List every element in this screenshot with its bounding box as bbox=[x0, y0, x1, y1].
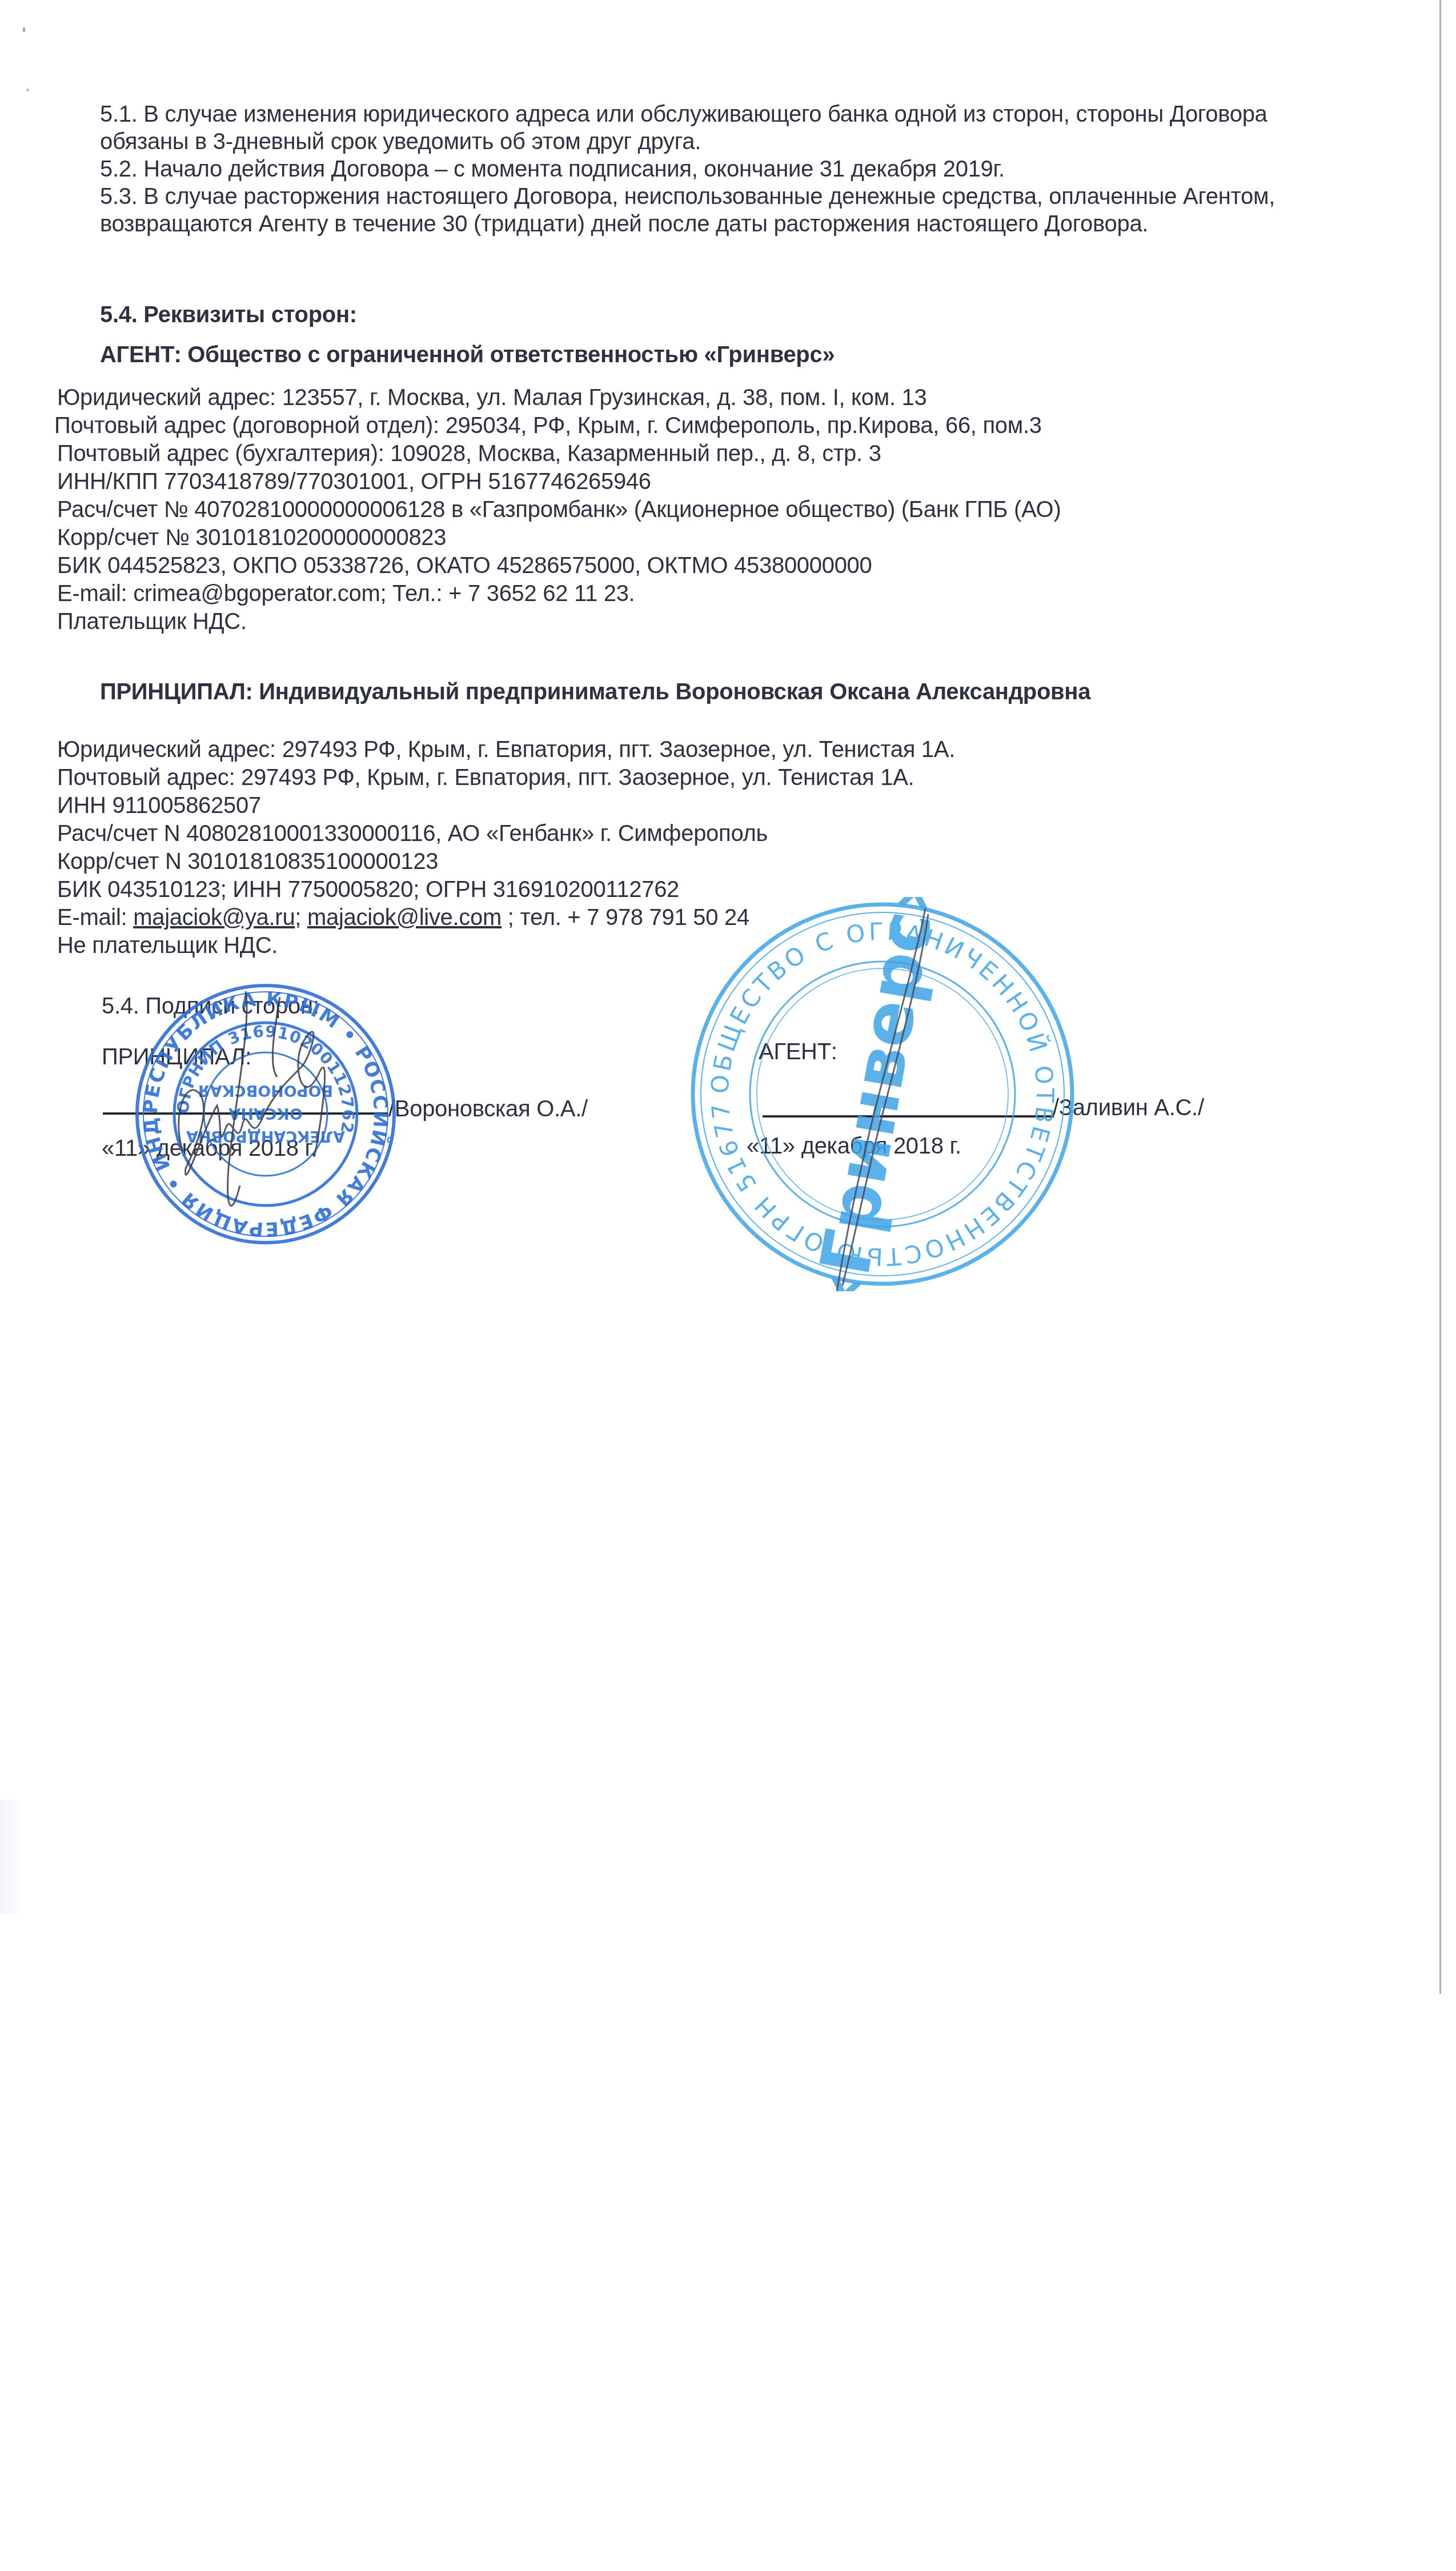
principal-signature-date: «11» декабря 2018 г. bbox=[102, 1135, 316, 1162]
clause-5-1-line-1: 5.1. В случае изменения юридического адр… bbox=[100, 101, 1268, 128]
agent-legal-address: Юридический адрес: 123557, г. Москва, ул… bbox=[57, 384, 926, 411]
principal-bank-codes: БИК 043510123; ИНН 7750005820; ОГРН 3169… bbox=[57, 876, 679, 903]
principal-legal-address: Юридический адрес: 297493 РФ, Крым, г. Е… bbox=[57, 736, 955, 763]
scan-shadow bbox=[0, 1800, 23, 1914]
scan-speck bbox=[27, 89, 29, 91]
principal-postal-address: Почтовый адрес: 297493 РФ, Крым, г. Евпа… bbox=[57, 764, 914, 791]
signatures-heading: 5.4. Подписи сторон: bbox=[102, 992, 319, 1020]
clause-5-2: 5.2. Начало действия Договора – с момент… bbox=[100, 155, 1005, 183]
principal-stamp-ogrn: ОГРНИП 316910200112762 bbox=[174, 1022, 358, 1135]
principal-corr-account: Корр/счет N 30101810835100000123 bbox=[57, 848, 438, 875]
agent-stamp-center-text: «Гринверс» bbox=[798, 897, 956, 1291]
email-separator: ; bbox=[295, 905, 307, 930]
svg-text:ОГРНИП 316910200112762: ОГРНИП 316910200112762 bbox=[174, 1022, 358, 1135]
svg-text:ОБЩЕСТВО С ОГРАНИЧЕННОЙ ОТВЕТС: ОБЩЕСТВО С ОГРАНИЧЕННОЙ ОТВЕТСТВЕННОСТЬЮ… bbox=[685, 897, 1059, 1271]
agent-stamp-outer-text: ОБЩЕСТВО С ОГРАНИЧЕННОЙ ОТВЕТСТВЕННОСТЬЮ… bbox=[685, 897, 1059, 1271]
agent-vat-status: Плательщик НДС. bbox=[57, 608, 247, 635]
email-link-live[interactable]: majaciok@live.com bbox=[307, 905, 502, 930]
principal-heading: ПРИНЦИПАЛ: Индивидуальный предпринимател… bbox=[100, 678, 1090, 706]
clause-5-1-line-2: обязаны в 3-дневный срок уведомить об эт… bbox=[100, 128, 701, 155]
agent-signature-label: АГЕНТ: bbox=[759, 1038, 837, 1066]
principal-handwritten-signature bbox=[179, 991, 325, 1206]
clause-5-3-line-2: возвращаются Агенту в течение 30 (тридца… bbox=[100, 210, 1148, 238]
agent-postal-address-accounting: Почтовый адрес (бухгалтерия): 109028, Мо… bbox=[57, 440, 881, 467]
agent-signature-date: «11» декабря 2018 г. bbox=[747, 1132, 961, 1160]
agent-inn-kpp-ogrn: ИНН/КПП 7703418789/770301001, ОГРН 51677… bbox=[57, 468, 651, 495]
scan-speck bbox=[23, 27, 25, 32]
principal-vat-status: Не плательщик НДС. bbox=[57, 932, 278, 959]
agent-contacts: E-mail: crimea@bgoperator.com; Тел.: + 7… bbox=[57, 580, 635, 607]
principal-signatory-name: /Вороновская О.А./ bbox=[388, 1095, 588, 1123]
agent-signatory-name: /Заливин А.С./ bbox=[1053, 1094, 1204, 1122]
principal-inn: ИНН 911005862507 bbox=[57, 792, 261, 819]
principal-contacts: E-mail: majaciok@ya.ru; majaciok@live.co… bbox=[57, 904, 749, 931]
agent-postal-address-contracts: Почтовый адрес (договорной отдел): 29503… bbox=[54, 412, 1042, 439]
requisites-heading: 5.4. Реквизиты сторон: bbox=[100, 301, 357, 329]
agent-handwritten-signature bbox=[837, 908, 928, 1291]
agent-corr-account: Корр/счет № 30101810200000000823 bbox=[57, 524, 446, 551]
principal-settlement-account: Расч/счет N 40802810001330000116, АО «Ге… bbox=[57, 820, 768, 847]
email-link-ya[interactable]: majaciok@ya.ru bbox=[133, 905, 295, 930]
agent-seal-stamp: ОБЩЕСТВО С ОГРАНИЧЕННОЙ ОТВЕТСТВЕННОСТЬЮ… bbox=[685, 897, 1080, 1291]
clause-5-3-line-1: 5.3. В случае расторжения настоящего Дог… bbox=[100, 183, 1275, 210]
agent-settlement-account: Расч/счет № 40702810000000006128 в «Газп… bbox=[57, 496, 1061, 523]
scan-edge-line bbox=[1439, 0, 1441, 1994]
agent-heading: АГЕНТ: Общество с ограниченной ответстве… bbox=[100, 341, 835, 369]
agent-bank-codes: БИК 044525823, ОКПО 05338726, ОКАТО 4528… bbox=[57, 552, 872, 579]
agent-signature-line bbox=[763, 1115, 1054, 1118]
principal-signature-line bbox=[103, 1112, 388, 1115]
email-label: E-mail: bbox=[57, 905, 133, 930]
scanned-contract-page: 5.1. В случае изменения юридического адр… bbox=[0, 0, 1456, 2571]
principal-stamp-center-3: ВОРОНОВСКАЯ bbox=[198, 1082, 333, 1099]
principal-phone: ; тел. + 7 978 791 50 24 bbox=[502, 905, 749, 930]
principal-signature-label: ПРИНЦИПАЛ: bbox=[102, 1043, 251, 1071]
